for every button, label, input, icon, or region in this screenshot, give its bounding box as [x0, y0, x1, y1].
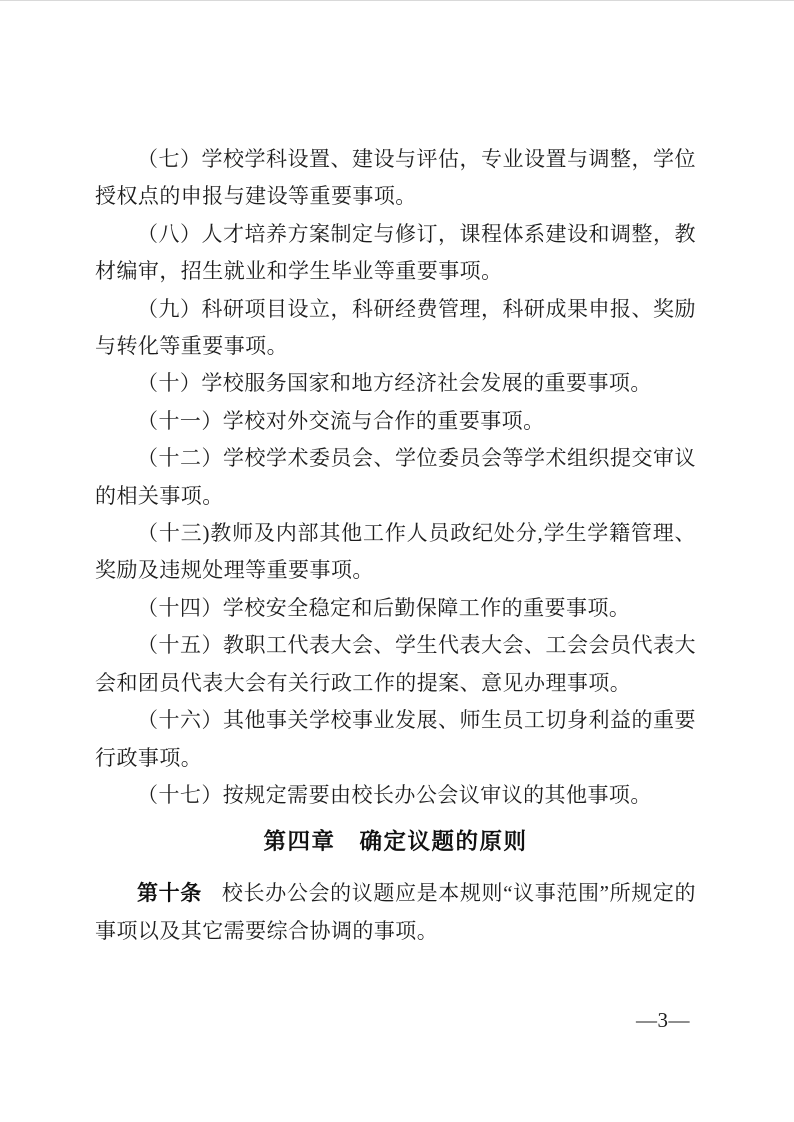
article-paragraph: 第十条校长办公会的议题应是本规则“议事范围”所规定的事项以及其它需要综合协调的事… — [95, 875, 696, 950]
numbered-item: （十一）学校对外交流与合作的重要事项。 — [95, 403, 696, 440]
numbered-item: （十）学校服务国家和地方经济社会发展的重要事项。 — [95, 365, 696, 402]
numbered-item: （七）学校学科设置、建设与评估，专业设置与调整，学位授权点的申报与建设等重要事项… — [95, 141, 696, 216]
document-body: （七）学校学科设置、建设与评估，专业设置与调整，学位授权点的申报与建设等重要事项… — [95, 141, 696, 950]
article-number: 第十条 — [137, 882, 202, 905]
page-number: —3— — [636, 1008, 690, 1033]
numbered-item: （十四）学校安全稳定和后勤保障工作的重要事项。 — [95, 590, 696, 627]
numbered-item: （九）科研项目设立，科研经费管理，科研成果申报、奖励与转化等重要事项。 — [95, 291, 696, 366]
scan-edge-line — [0, 0, 794, 1]
chapter-heading: 第四章 确定议题的原则 — [95, 826, 696, 857]
numbered-item: （八）人才培养方案制定与修订，课程体系建设和调整，教材编审，招生就业和学生毕业等… — [95, 216, 696, 291]
numbered-item: （十三)教师及内部其他工作人员政纪处分,学生学籍管理、奖励及违规处理等重要事项。 — [95, 515, 696, 590]
document-page: （七）学校学科设置、建设与评估，专业设置与调整，学位授权点的申报与建设等重要事项… — [0, 0, 794, 1122]
numbered-item: （十二）学校学术委员会、学位委员会等学术组织提交审议的相关事项。 — [95, 440, 696, 515]
numbered-items-list: （七）学校学科设置、建设与评估，专业设置与调整，学位授权点的申报与建设等重要事项… — [95, 141, 696, 814]
numbered-item: （十五）教职工代表大会、学生代表大会、工会会员代表大会和团员代表大会有关行政工作… — [95, 627, 696, 702]
numbered-item: （十七）按规定需要由校长办公会议审议的其他事项。 — [95, 777, 696, 814]
numbered-item: （十六）其他事关学校事业发展、师生员工切身利益的重要行政事项。 — [95, 702, 696, 777]
